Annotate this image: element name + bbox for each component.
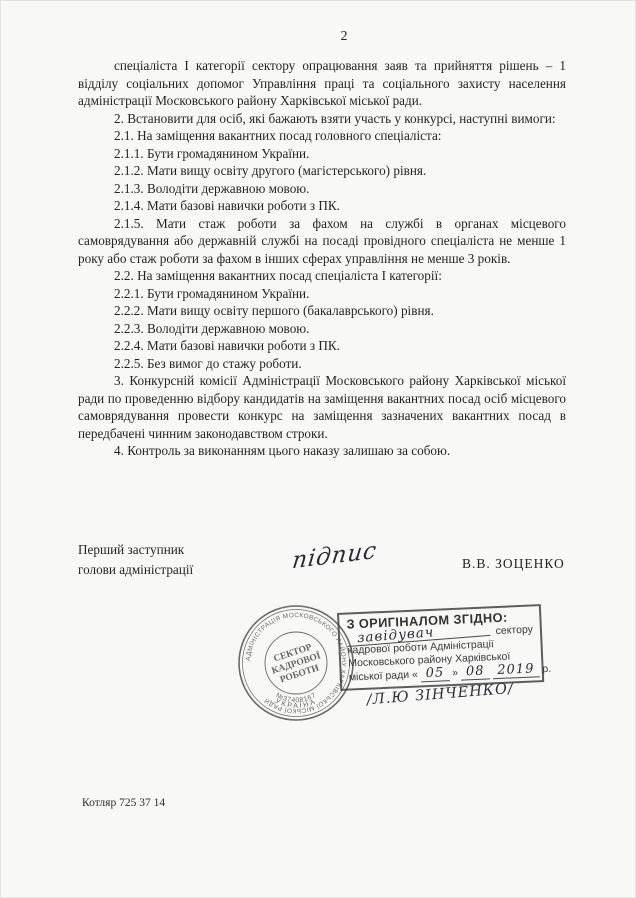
page-number: 2 xyxy=(26,29,636,45)
stamp-date-year: 2019 xyxy=(492,661,540,679)
paragraph: 2.2.1. Бути громадянином України. xyxy=(78,285,566,303)
stamp-date-sep: » xyxy=(452,667,458,679)
stamp-signature: /Л.Ю ЗІНЧЕНКО/ xyxy=(366,683,514,708)
signature-scrawl: підпис xyxy=(291,538,379,575)
paragraph: 2.2.2. Мати вищу освіту першого (бакалав… xyxy=(78,302,566,320)
stamp-date-month: 08 xyxy=(461,663,490,680)
paragraph: 4. Контроль за виконанням цього наказу з… xyxy=(78,442,566,460)
stamp-date-prefix: міської ради « xyxy=(349,669,419,684)
stamp-date-day: 05 xyxy=(420,665,449,682)
paragraph: 3. Конкурсній комісії Адміністрації Моск… xyxy=(78,372,566,442)
signature-block: Перший заступник голови адміністрації xyxy=(78,540,193,580)
paragraph: 2.1.2. Мати вищу освіту другого (магісте… xyxy=(78,162,566,180)
paragraph: 2.1.3. Володіти державною мовою. xyxy=(78,180,566,198)
stamp-role-suffix: сектору xyxy=(495,623,533,638)
paragraph: 2.1.5. Мати стаж роботи за фахом на служ… xyxy=(78,215,566,268)
paragraph: 2.1.4. Мати базові навички роботи з ПК. xyxy=(78,197,566,215)
document-body: спеціаліста І категорії сектору опрацюва… xyxy=(78,57,566,460)
signer-role-line1: Перший заступник xyxy=(78,540,193,560)
paragraph: 2.2.3. Володіти державною мовою. xyxy=(78,320,566,338)
certification-stamp: З ОРИГІНАЛОМ ЗГІДНО: завідувач сектору к… xyxy=(337,604,544,691)
document-page: 2 спеціаліста І категорії сектору опрацю… xyxy=(0,0,636,898)
executor-note: Котляр 725 37 14 xyxy=(82,797,165,809)
paragraph: 2.2.4. Мати базові навички роботи з ПК. xyxy=(78,337,566,355)
signer-name: В.В. ЗОЦЕНКО xyxy=(462,556,565,572)
paragraph: 2.1.1. Бути громадянином України. xyxy=(78,145,566,163)
paragraph: 2.2.5. Без вимог до стажу роботи. xyxy=(78,355,566,373)
paragraph: 2.1. На заміщення вакантних посад головн… xyxy=(78,127,566,145)
paragraph: спеціаліста І категорії сектору опрацюва… xyxy=(78,57,566,110)
paragraph: 2. Встановити для осіб, які бажають взят… xyxy=(78,110,566,128)
signer-role-line2: голови адміністрації xyxy=(78,560,193,580)
stamp-date-suffix: р. xyxy=(542,663,551,675)
paragraph: 2.2. На заміщення вакантних посад спеціа… xyxy=(78,267,566,285)
